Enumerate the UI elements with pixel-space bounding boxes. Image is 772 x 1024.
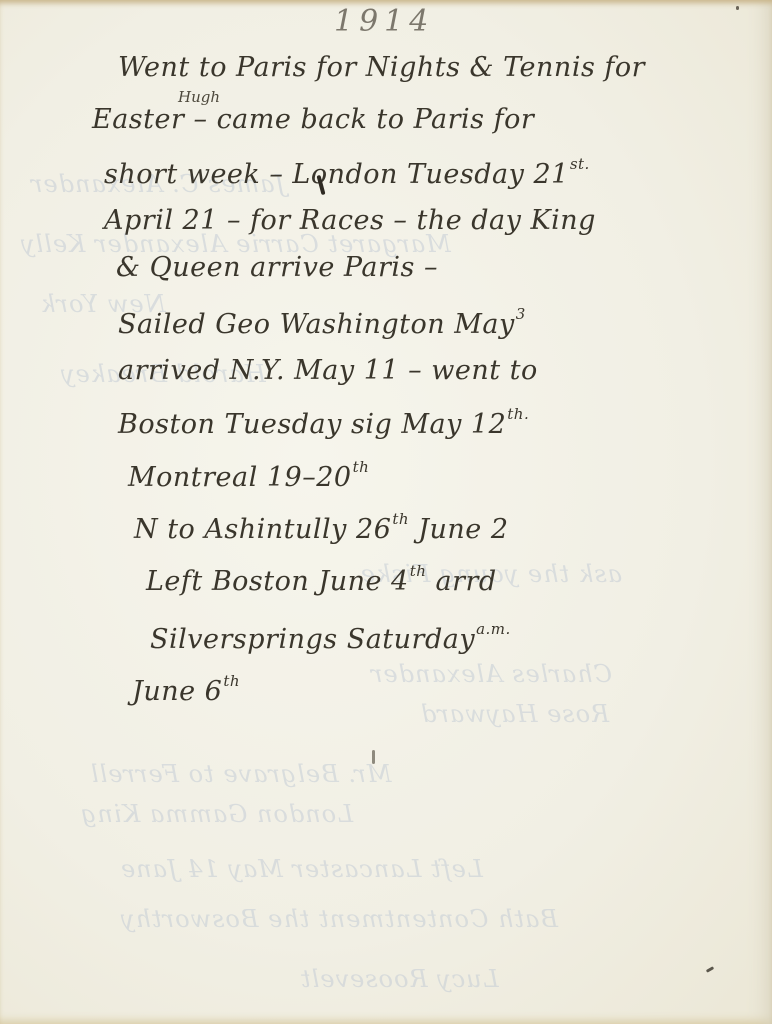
line-text: June 6 [132,676,222,707]
line-text: Boston Tuesday sig May 12 [118,409,506,440]
diary-line-4: April 21 – for Races – the day King [104,205,596,236]
diary-line-13: June 6th [132,672,240,707]
bleed-line: Lucy Roosevelt [300,965,499,993]
line-text: Sailed Geo Washington May [118,309,515,340]
bleed-line: London Gamma King [80,800,353,828]
diary-line-5: & Queen arrive Paris – [116,252,438,283]
line-text: Easter – came back to Paris for [92,104,534,135]
superscript: th [410,562,427,580]
diary-line-7: arrived N.Y. May 11 – went to [118,355,538,386]
line-text: April 21 – for Races – the day King [104,205,596,236]
paper-speck [372,750,375,764]
bleed-line: Charles Alexander [370,660,612,688]
diary-line-11: Left Boston June 4th arrd [146,562,497,597]
bleed-line: Bath Contentment the Bosworthy [120,905,558,933]
bleed-line: Rose Hayward [420,700,609,728]
diary-page: James C. Alexander Margaret Carrie Alexa… [0,0,772,1024]
superscript: st. [570,155,590,173]
diary-line-10: N to Ashintully 26th June 2 [134,510,509,545]
diary-line-2: Easter – came back to Paris for [92,104,534,135]
paper-speck [706,966,714,973]
line-text: N to Ashintully 26 [134,514,391,545]
line-suffix: arrd [426,566,496,597]
superscript: th [223,672,240,690]
line-text: Montreal 19–20 [128,462,352,493]
superscript: th [392,510,409,528]
superscript: a.m. [476,620,511,638]
line-text: & Queen arrive Paris – [116,252,438,283]
superscript: 3 [516,305,526,323]
bleed-line: Left Lancaster May 14 Jane [120,855,483,883]
diary-line-9: Montreal 19–20th [128,458,369,493]
superscript: th [353,458,370,476]
diary-line-12: Silversprings Saturdaya.m. [150,620,511,655]
line-text: short week – London Tuesday 21 [104,159,569,190]
superscript: th. [507,405,529,423]
paper-speck [736,6,739,10]
line-text: Silversprings Saturday [150,624,475,655]
diary-line-6: Sailed Geo Washington May3 [118,305,526,340]
year-heading: 1914 [334,4,434,39]
diary-line-8: Boston Tuesday sig May 12th. [118,405,529,440]
line-text: arrived N.Y. May 11 – went to [118,355,538,386]
line-suffix: June 2 [409,514,508,545]
diary-line-1: Went to Paris for Nights & Tennis for [118,52,645,83]
line-text: Left Boston June 4 [146,566,409,597]
diary-line-3: short week – London Tuesday 21st. [104,155,590,190]
line-text: Went to Paris for Nights & Tennis for [118,52,645,83]
bleed-line: Mr. Belgrave to Ferrell [90,760,391,788]
